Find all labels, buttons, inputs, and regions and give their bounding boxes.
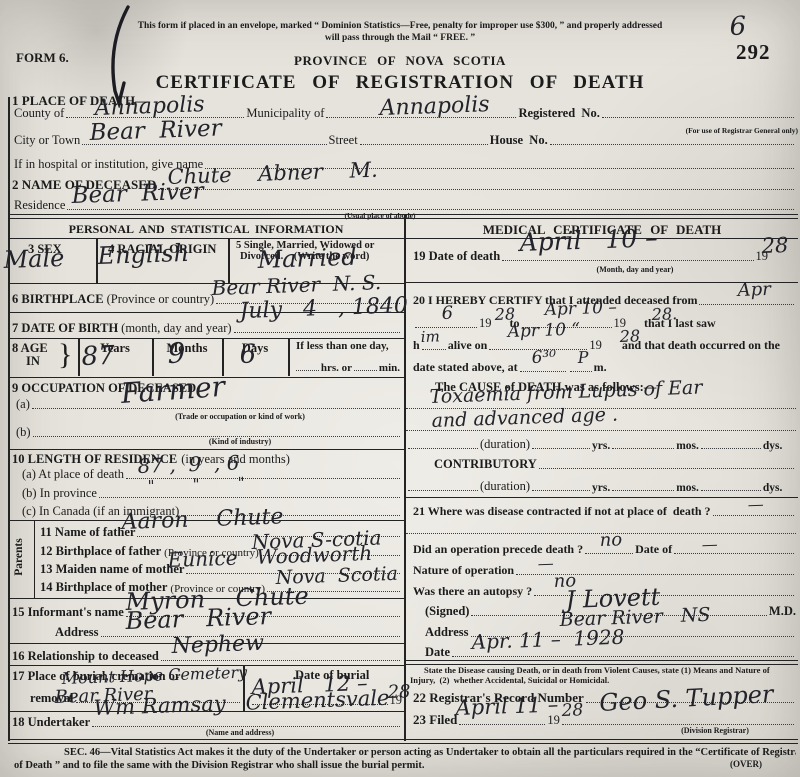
occupation-rule (8, 449, 404, 450)
year3-prefix: 19 (589, 338, 602, 353)
residence-b-line (99, 495, 400, 498)
residence-line (67, 207, 794, 210)
filed-label: 23 Filed (413, 712, 457, 728)
nature-value: — (537, 555, 554, 572)
age-months-value: 9 (167, 339, 186, 368)
municipality-label: Municipality of (246, 106, 324, 121)
province-heading: PROVINCE OF NOVA SCOTIA (200, 53, 600, 69)
house-no-label: House No. (490, 133, 548, 148)
date-of-death-label: 19 Date of death (413, 249, 500, 264)
operation-line (585, 551, 633, 554)
duration2-yrs: yrs. (592, 482, 610, 494)
h-line (422, 347, 446, 350)
street-label: Street (329, 133, 358, 148)
duration1-dys: dys. (763, 440, 783, 452)
q21-value: — (747, 496, 764, 513)
occupation-b-note: (Kind of industry) (150, 437, 330, 446)
date-stated-label: date stated above, at (413, 360, 518, 375)
autopsy-label: Was there an autopsy ? (413, 584, 532, 599)
footer-line-2: of Death ” and to file the same with the… (14, 760, 614, 771)
informant-label: 15 Informant's name (12, 605, 124, 620)
mail-instruction-line2: will pass through the Mail “ FREE. ” (120, 33, 680, 43)
age-brace: } (58, 338, 72, 372)
footer-line-1: SEC. 46—Vital Statistics Act makes it th… (14, 747, 796, 758)
undertaker-label: 18 Undertaker (12, 715, 90, 730)
md-date-label: Date (425, 645, 450, 660)
nature-label: Nature of operation (413, 563, 514, 578)
duration1-d2 (612, 446, 674, 449)
duration2-d3 (701, 488, 761, 491)
dob-line (234, 330, 400, 333)
md-label: M.D. (769, 604, 796, 619)
contributory-label: CONTRIBUTORY (434, 457, 537, 472)
certify-to-value: Apr 10 – (544, 299, 617, 319)
m-label: m. (594, 360, 607, 375)
filed-date-value: April 11 – (455, 694, 558, 719)
duration2-mos: mos. (676, 482, 699, 494)
racial-origin-value: English (97, 241, 189, 268)
duration2-label: (duration) (480, 479, 530, 494)
father-birthplace-label: 12 Birthplace of father (40, 544, 161, 559)
operation-date-value: — (701, 536, 718, 553)
occupation-b-label: (b) (16, 425, 31, 440)
house-no-line (550, 142, 794, 145)
top-double-rule (8, 214, 798, 219)
occupation-a-line (32, 406, 400, 409)
alive-value: Apr 10 “ (507, 321, 580, 341)
residence-label: Residence (14, 198, 65, 213)
age-years-value: 87 (81, 343, 115, 370)
year1-prefix: 19 (479, 316, 492, 331)
relationship-line (161, 658, 400, 661)
signed-label: (Signed) (425, 604, 469, 619)
duration2-d1 (532, 488, 590, 491)
municipality-value: Annapolis (379, 94, 490, 120)
footer-over: (OVER) (730, 759, 762, 769)
city-town-label: City or Town (14, 133, 80, 148)
duration1-d1 (532, 446, 590, 449)
h-label: h (413, 338, 420, 353)
months-header: Months (152, 341, 222, 356)
md-date-line (452, 654, 794, 657)
min-label: min. (379, 362, 400, 374)
dob-value: July 4 , 1840 (239, 295, 408, 323)
personal-info-title: PERSONAL AND STATISTICAL INFORMATION (8, 222, 404, 237)
hrs-line (296, 368, 319, 371)
deceased-name-line (158, 187, 794, 190)
filed-date-line (459, 722, 545, 725)
bottom-double-rule (8, 739, 798, 744)
ampm-line (570, 369, 592, 372)
q21-label: 21 Where was disease contracted if not a… (413, 504, 711, 519)
marital-value: Married (257, 245, 357, 272)
year3-value: 28 (619, 328, 640, 345)
duration1-mos: mos. (676, 440, 699, 452)
informant-address-label: Address (55, 625, 99, 640)
occupation-a-note: (Trade or occupation or kind of work) (130, 412, 350, 421)
time-value: 6³⁰ (531, 349, 556, 367)
page-number: 292 (736, 40, 771, 65)
division-registrar-note: (Division Registrar) (650, 726, 780, 735)
min-line (354, 368, 377, 371)
duration1-yrs: yrs. (592, 440, 610, 452)
hrs-label: hrs. or (321, 362, 352, 374)
ampm-value: P (577, 350, 588, 366)
age-divider-4 (288, 338, 290, 376)
operation-date-line (674, 551, 794, 554)
parents-label: Parents (13, 527, 25, 587)
certify-from2-value: 6 (441, 305, 453, 323)
form-number: FORM 6. (16, 50, 69, 66)
duration2-dys: dys. (763, 482, 783, 494)
alive-on-label: alive on (448, 338, 488, 353)
contributory-rule (404, 497, 798, 498)
county-label: County of (14, 106, 64, 121)
handwritten-mark: 6 (729, 13, 746, 40)
date-of-death-line (502, 258, 753, 261)
age-days-value: 6 (239, 341, 256, 368)
duration1-d3 (701, 446, 761, 449)
duration2-lead (408, 488, 478, 491)
filed-year-value: 28 (561, 702, 583, 720)
dod-year-value: 28 (761, 235, 788, 257)
dob-note: (month, day and year) (121, 321, 231, 336)
md-double-rule (404, 660, 798, 665)
registered-no-line (602, 115, 794, 118)
time-line (520, 369, 566, 372)
year2-value: 28. (651, 306, 677, 323)
burial-place-value1: Mount Hope Cemetery (61, 665, 247, 687)
residence-a-label: (a) At place of death (22, 467, 124, 482)
residence-a-value: 87 , 9 , 6 (137, 452, 239, 476)
violent-causes-note-1: State the Disease causing Death, or in d… (424, 665, 796, 675)
mother-name-label: 13 Maiden name of mother (40, 562, 184, 577)
date-of-death-value: April 10 – (519, 225, 658, 255)
burial-year-value: 28 (387, 683, 411, 702)
relationship-label: 16 Relationship to deceased (12, 649, 159, 664)
street-line (360, 142, 488, 145)
mail-instruction-line1: This form if placed in an envelope, mark… (120, 21, 680, 31)
undertaker-line (92, 724, 400, 727)
contributory-line (539, 466, 794, 469)
operation-value: no (599, 531, 622, 550)
sex-value: Male (3, 246, 65, 272)
relationship-value: Nephew (171, 633, 264, 658)
duration1-lead (408, 446, 478, 449)
certify-from-line (699, 302, 794, 305)
birthplace-label: 6 BIRTHPLACE (12, 292, 104, 307)
duration1-label: (duration) (480, 437, 530, 452)
filed-signature-line (562, 722, 794, 725)
certificate-title: CERTIFICATE OF REGISTRATION OF DEATH (100, 72, 700, 94)
md-address-label: Address (425, 625, 469, 640)
duration2-d2 (612, 488, 674, 491)
occurred-label: and that death occurred on the (622, 338, 780, 353)
age-label-in: IN (26, 354, 40, 369)
death-certificate-scan: This form if placed in an envelope, mark… (0, 0, 800, 777)
parents-box-line (34, 520, 35, 598)
division-registrar-signature: Geo S. Tupper (599, 682, 774, 715)
operation-date-label: Date of (635, 542, 672, 557)
certify-from-value: Apr (737, 281, 771, 300)
dob-label: 7 DATE OF BIRTH (12, 321, 118, 336)
occupation-a-value: Farmer (120, 373, 226, 408)
h-value: im (420, 329, 440, 345)
birthplace-note: (Province or country) (107, 292, 215, 307)
undertaker-note: (Name and address) (150, 728, 330, 737)
left-border (8, 97, 10, 741)
registered-no-label: Registered No. (518, 106, 599, 121)
year1-value: 28 (494, 306, 515, 323)
dod-note: (Month, day and year) (560, 265, 710, 274)
informant-address-value: Bear River (125, 604, 271, 633)
residence-b-label: (b) In province (22, 486, 97, 501)
residence-b-value: " " " (147, 476, 244, 494)
occupation-a-label: (a) (16, 397, 30, 412)
less-than-day-label: If less than one day, (296, 340, 389, 352)
operation-label: Did an operation precede death ? (413, 542, 583, 557)
city-town-value: Bear River (89, 117, 222, 145)
residence-value: Bear River (71, 180, 204, 208)
md-date-value: Apr. 11 – 1928 (471, 627, 624, 652)
